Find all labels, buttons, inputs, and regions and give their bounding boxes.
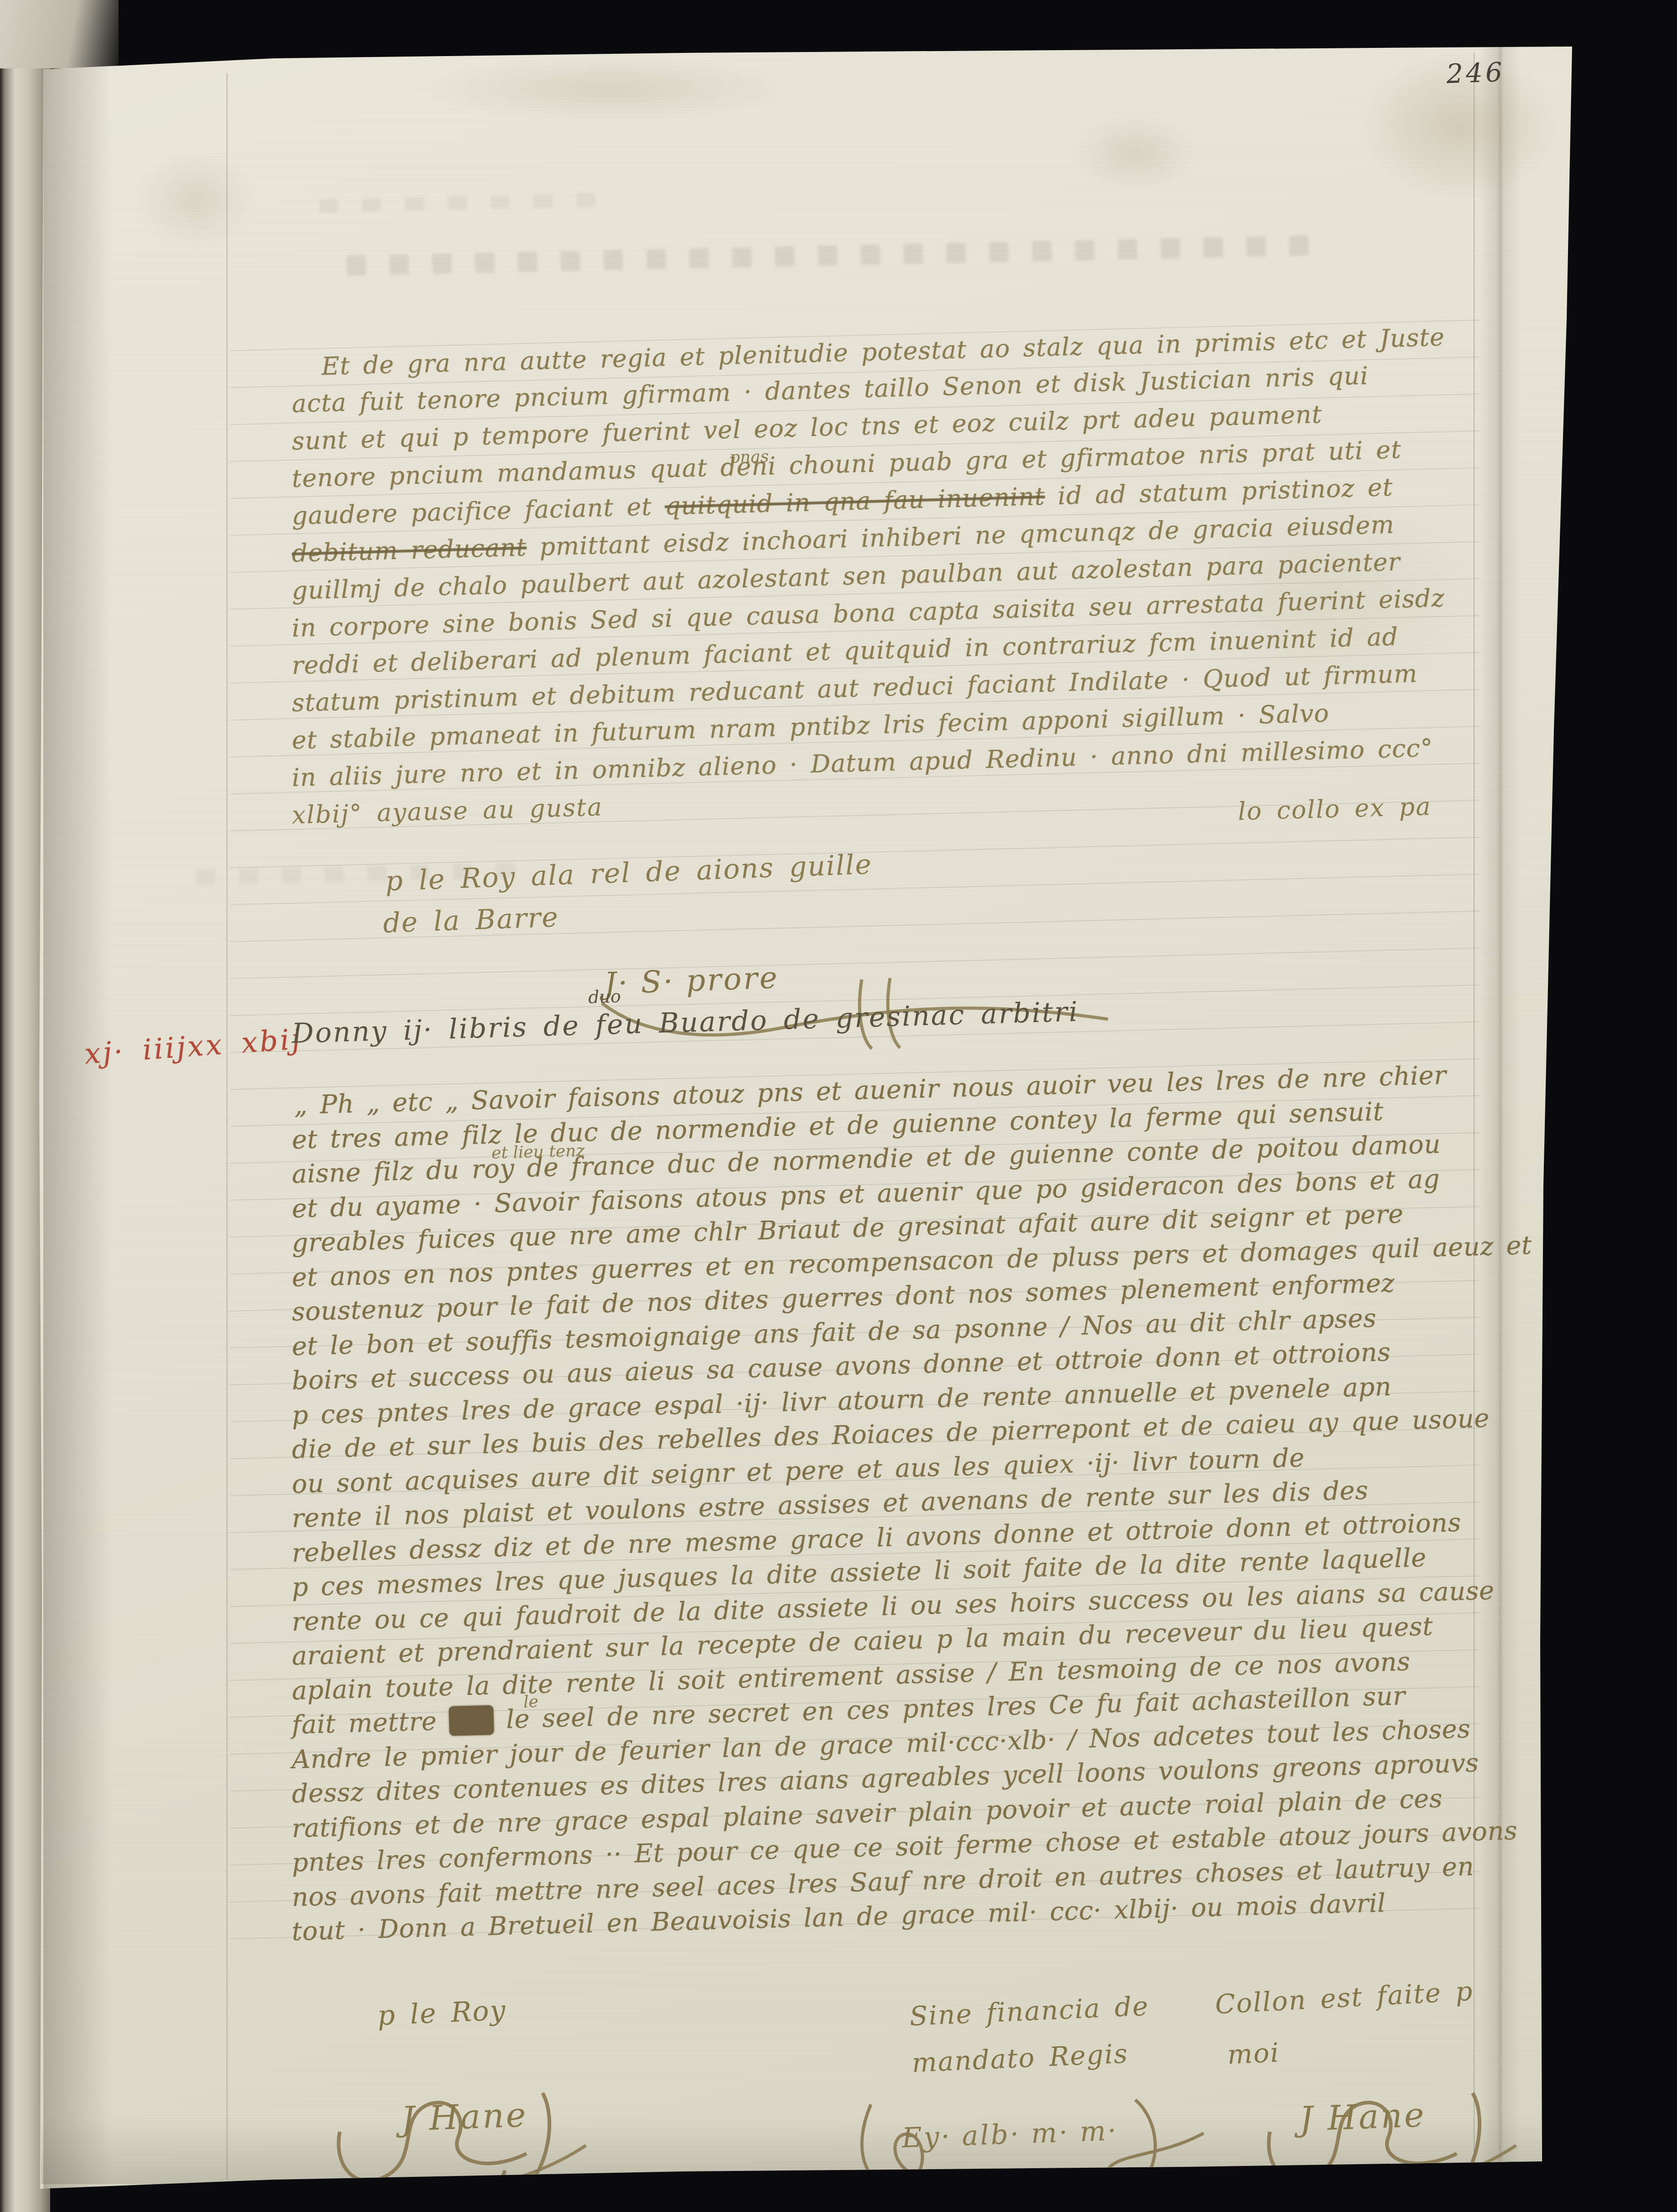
interlinear-note: le — [523, 1693, 538, 1712]
parchment-page: 246 Et de gra nra autte regia et plenitu… — [0, 0, 1677, 2212]
footer-left-note: p le Roy — [377, 1994, 507, 2032]
interlinear-note: pnas — [729, 447, 769, 467]
ink-blot: nre — [449, 1705, 494, 1736]
footer-right-note-line2: moi — [1227, 2037, 1280, 2070]
stacked-page-edge — [0, 0, 119, 68]
folio-number: 246 — [1446, 57, 1506, 89]
gutter-shadow — [43, 50, 112, 2189]
secretary-signature: J· S· prore — [604, 960, 780, 1001]
footer-right-signature: J Hane — [1299, 2095, 1427, 2139]
footer-left-signature: J Hane — [401, 2095, 528, 2139]
interlinear-note: et lieu tenz — [491, 1141, 585, 1162]
heading-superscript: duo — [588, 986, 621, 1007]
manuscript-photo: { "colors":{"ink":"#83744a","heading_ink… — [0, 0, 1677, 2212]
left-margin-rule — [227, 73, 228, 2180]
collation-note: lo collo ex pa — [1237, 792, 1432, 826]
struck-text: debitum reducant — [291, 533, 527, 568]
royal-order-note-line2: de la Barre — [383, 901, 559, 939]
